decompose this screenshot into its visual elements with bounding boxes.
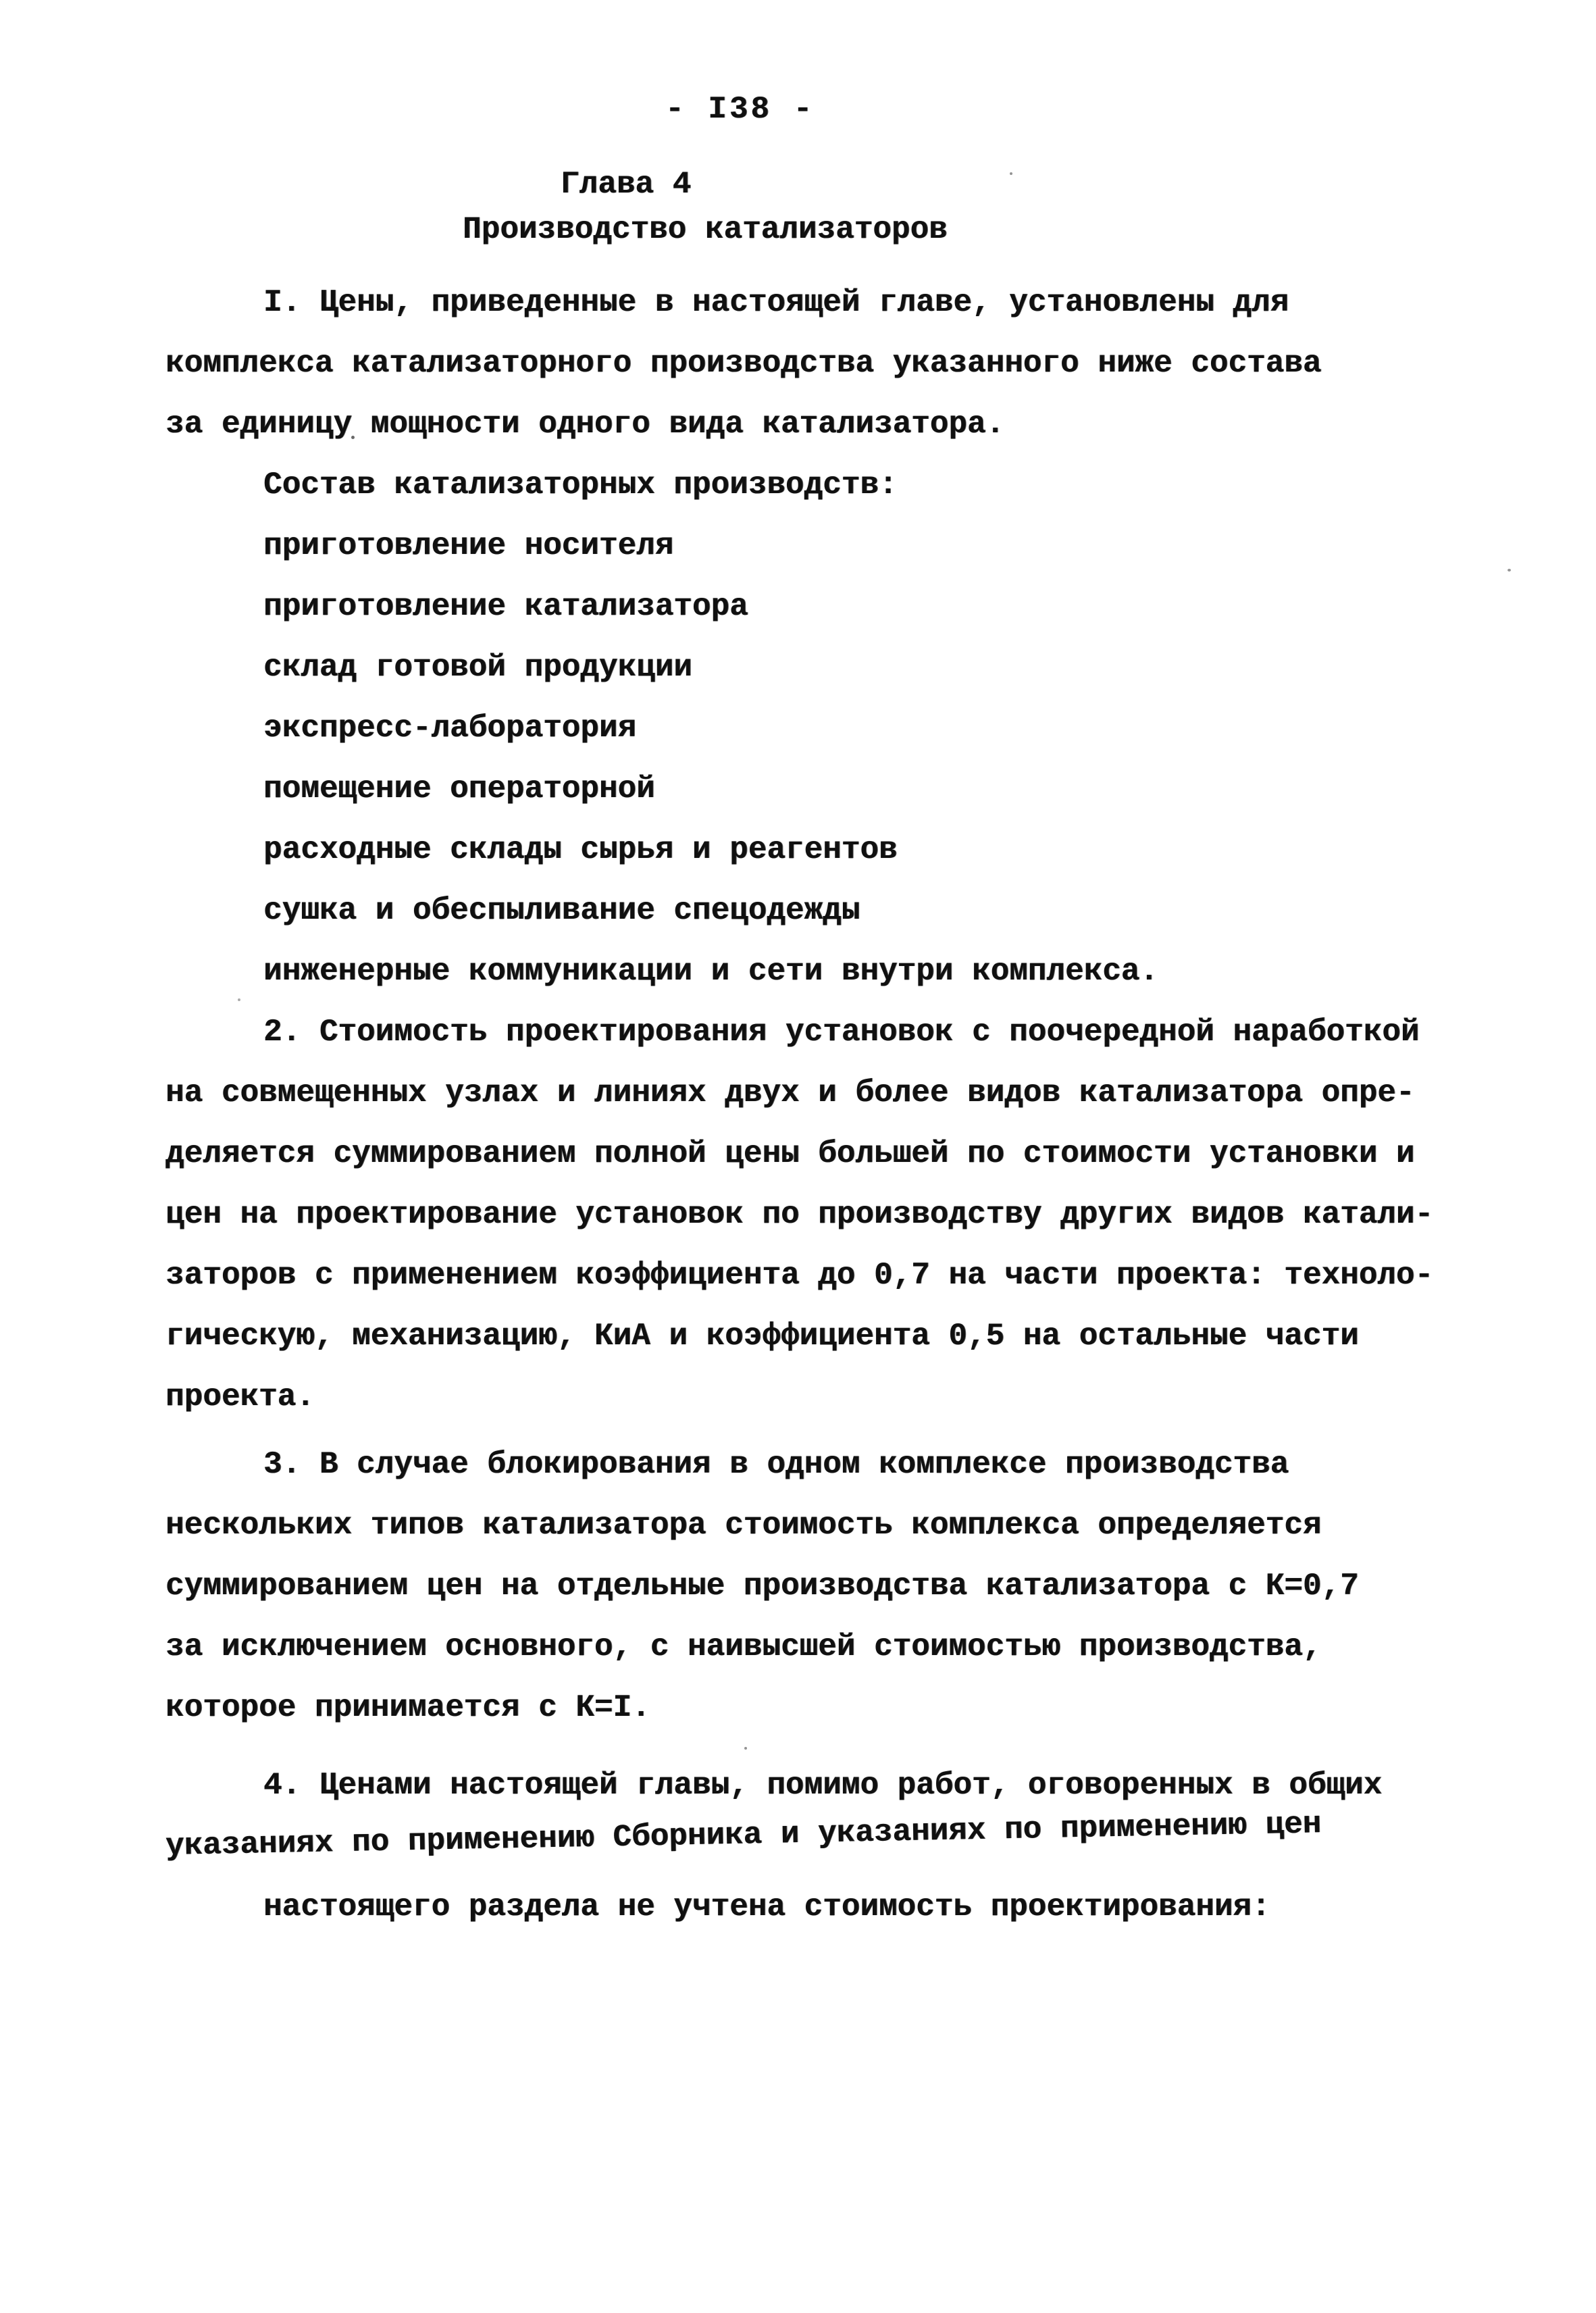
- paragraph-1-line-2: комплекса катализаторного производства у…: [165, 333, 1495, 394]
- scan-speck: [1010, 172, 1012, 175]
- paragraph-2-line-6: гическую, механизацию, КиА и коэффициент…: [165, 1306, 1495, 1367]
- list-item: приготовление носителя: [165, 515, 1495, 576]
- paragraph-2-line-7: проекта.: [165, 1367, 1495, 1427]
- paragraph-4-line-3: настоящего раздела не учтена стоимость п…: [165, 1877, 1495, 1937]
- list-item: приготовление катализатора: [165, 576, 1495, 637]
- paragraph-1-line-3: за единицу мощности одного вида катализа…: [165, 394, 1495, 455]
- paragraph-2-line-1: 2. Стоимость проектирования установок с …: [165, 1002, 1495, 1063]
- page-content: - I38 - Глава 4 Производство катализатор…: [0, 0, 1596, 1937]
- scan-speck: [238, 998, 240, 1001]
- paragraph-2-line-5: заторов с применением коэффициента до 0,…: [165, 1245, 1495, 1306]
- paragraph-3-line-5: которое принимается с К=I.: [165, 1677, 1495, 1738]
- scan-speck: [744, 1747, 747, 1750]
- paragraph-3-line-4: за исключением основного, с наивысшей ст…: [165, 1617, 1495, 1677]
- list-item: инженерные коммуникации и сети внутри ко…: [165, 941, 1495, 1002]
- chapter-heading: Глава 4: [561, 164, 1596, 205]
- list-item: сушка и обеспыливание спецодежды: [165, 880, 1495, 941]
- list-item: склад готовой продукции: [165, 637, 1495, 698]
- paragraph-2-line-2: на совмещенных узлах и линиях двух и бол…: [165, 1063, 1495, 1123]
- composition-list: Состав катализаторных производств: приго…: [165, 455, 1495, 1002]
- composition-intro: Состав катализаторных производств:: [165, 455, 1495, 515]
- list-item: помещение операторной: [165, 759, 1495, 819]
- paragraph-3-line-2: нескольких типов катализатора стоимость …: [165, 1495, 1495, 1556]
- paragraph-2-line-4: цен на проектирование установок по произ…: [165, 1184, 1495, 1245]
- paragraph-4: 4. Ценами настоящей главы, помимо работ,…: [165, 1755, 1495, 1937]
- document-title: Производство катализаторов: [463, 209, 1596, 250]
- scan-speck: [351, 436, 355, 439]
- paragraph-2: 2. Стоимость проектирования установок с …: [165, 1002, 1495, 1427]
- paragraph-3-line-1: 3. В случае блокирования в одном комплек…: [165, 1434, 1495, 1495]
- page-number: - I38 -: [665, 89, 1596, 130]
- paragraph-2-line-3: деляется суммированием полной цены больш…: [165, 1123, 1495, 1184]
- scanned-document-page: - I38 - Глава 4 Производство катализатор…: [0, 0, 1596, 2313]
- paragraph-3-line-3: суммированием цен на отдельные производс…: [165, 1556, 1495, 1617]
- paragraph-1-line-1: I. Цены, приведенные в настоящей главе, …: [165, 272, 1495, 333]
- paragraph-1: I. Цены, приведенные в настоящей главе, …: [165, 272, 1495, 455]
- list-item: расходные склады сырья и реагентов: [165, 819, 1495, 880]
- paragraph-3: 3. В случае блокирования в одном комплек…: [165, 1434, 1495, 1738]
- list-item: экспресс-лаборатория: [165, 698, 1495, 759]
- scan-speck: [1508, 569, 1511, 571]
